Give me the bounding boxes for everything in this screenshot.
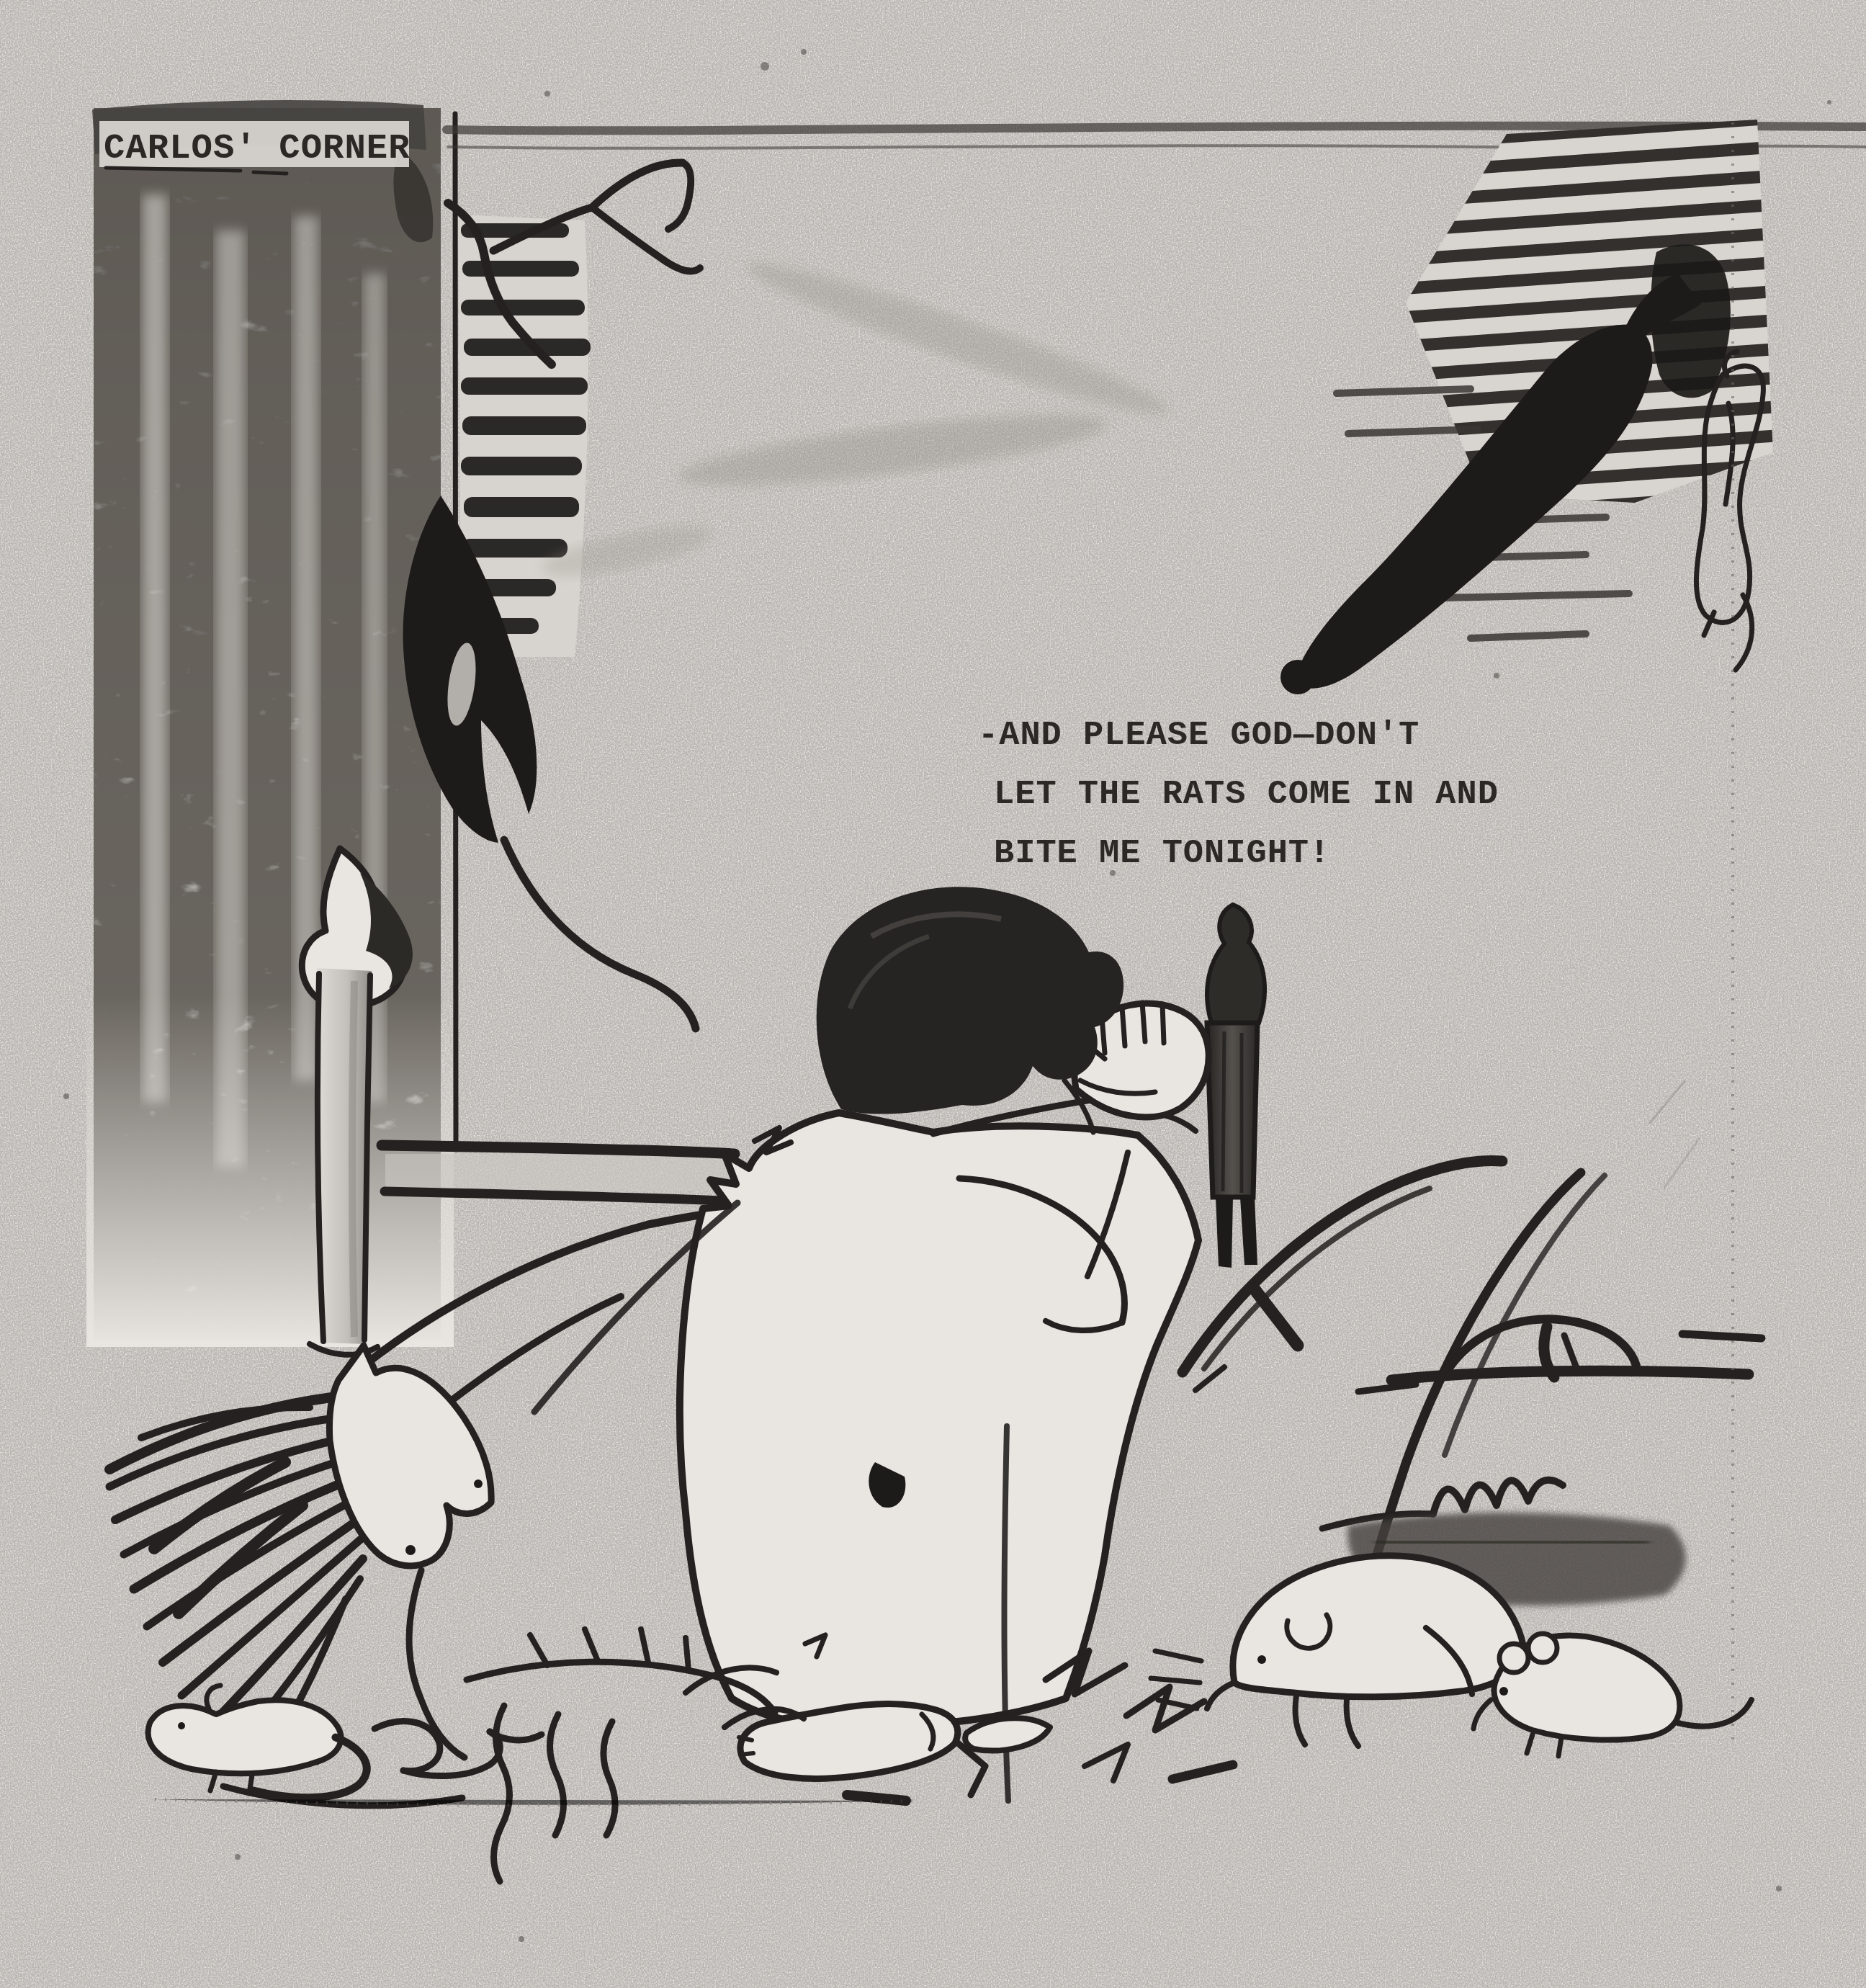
carlos-corner-cartoon: CARLOS' CORNER bbox=[0, 0, 1866, 1988]
claw-mark bbox=[686, 1638, 688, 1670]
sleeping-rat-eye bbox=[1257, 1655, 1266, 1664]
finger-line bbox=[1142, 1003, 1145, 1042]
eye-side-dash bbox=[1682, 1334, 1762, 1338]
bedpost-groove bbox=[1223, 1031, 1224, 1191]
mouse-paw bbox=[1558, 1737, 1561, 1756]
scanned-cartoon-page: CARLOS' CORNER bbox=[0, 0, 1866, 1988]
finger-line bbox=[1122, 1007, 1125, 1046]
wall-streak bbox=[143, 194, 167, 1102]
caption-line: LET THE RATS COME IN AND bbox=[994, 776, 1499, 814]
mouse-ear bbox=[1528, 1634, 1557, 1662]
small-floor-rat-body bbox=[148, 1700, 341, 1773]
toe-line bbox=[739, 1737, 752, 1740]
mouse-ear bbox=[1499, 1644, 1528, 1673]
shadow-streak bbox=[1376, 1541, 1649, 1543]
finger-line bbox=[1162, 1004, 1164, 1043]
small-floor-rat-eye bbox=[178, 1722, 185, 1729]
caption-line: BITE ME TONIGHT! bbox=[994, 835, 1330, 873]
mouse-eye bbox=[1499, 1687, 1508, 1696]
caption-line: -AND PLEASE GOD—DON'T bbox=[978, 717, 1419, 755]
small-floor-rat-foot bbox=[249, 1775, 252, 1794]
candle-drip-shade bbox=[352, 981, 354, 1337]
title-underscore bbox=[254, 172, 287, 174]
bristly-rat-nostril bbox=[474, 1479, 483, 1488]
bed-rail-fill bbox=[385, 1154, 732, 1191]
attic-rat-snout bbox=[1280, 660, 1315, 694]
floor-dark-dash bbox=[847, 1795, 906, 1801]
bedpost-shaft bbox=[1207, 1023, 1257, 1197]
panel-title: CARLOS' CORNER bbox=[104, 128, 411, 169]
panel-title-block: CARLOS' CORNER bbox=[99, 121, 411, 174]
bedpost-leg bbox=[1216, 1197, 1233, 1268]
toe-line bbox=[740, 1753, 753, 1755]
bristly-rat-eye bbox=[405, 1545, 416, 1555]
